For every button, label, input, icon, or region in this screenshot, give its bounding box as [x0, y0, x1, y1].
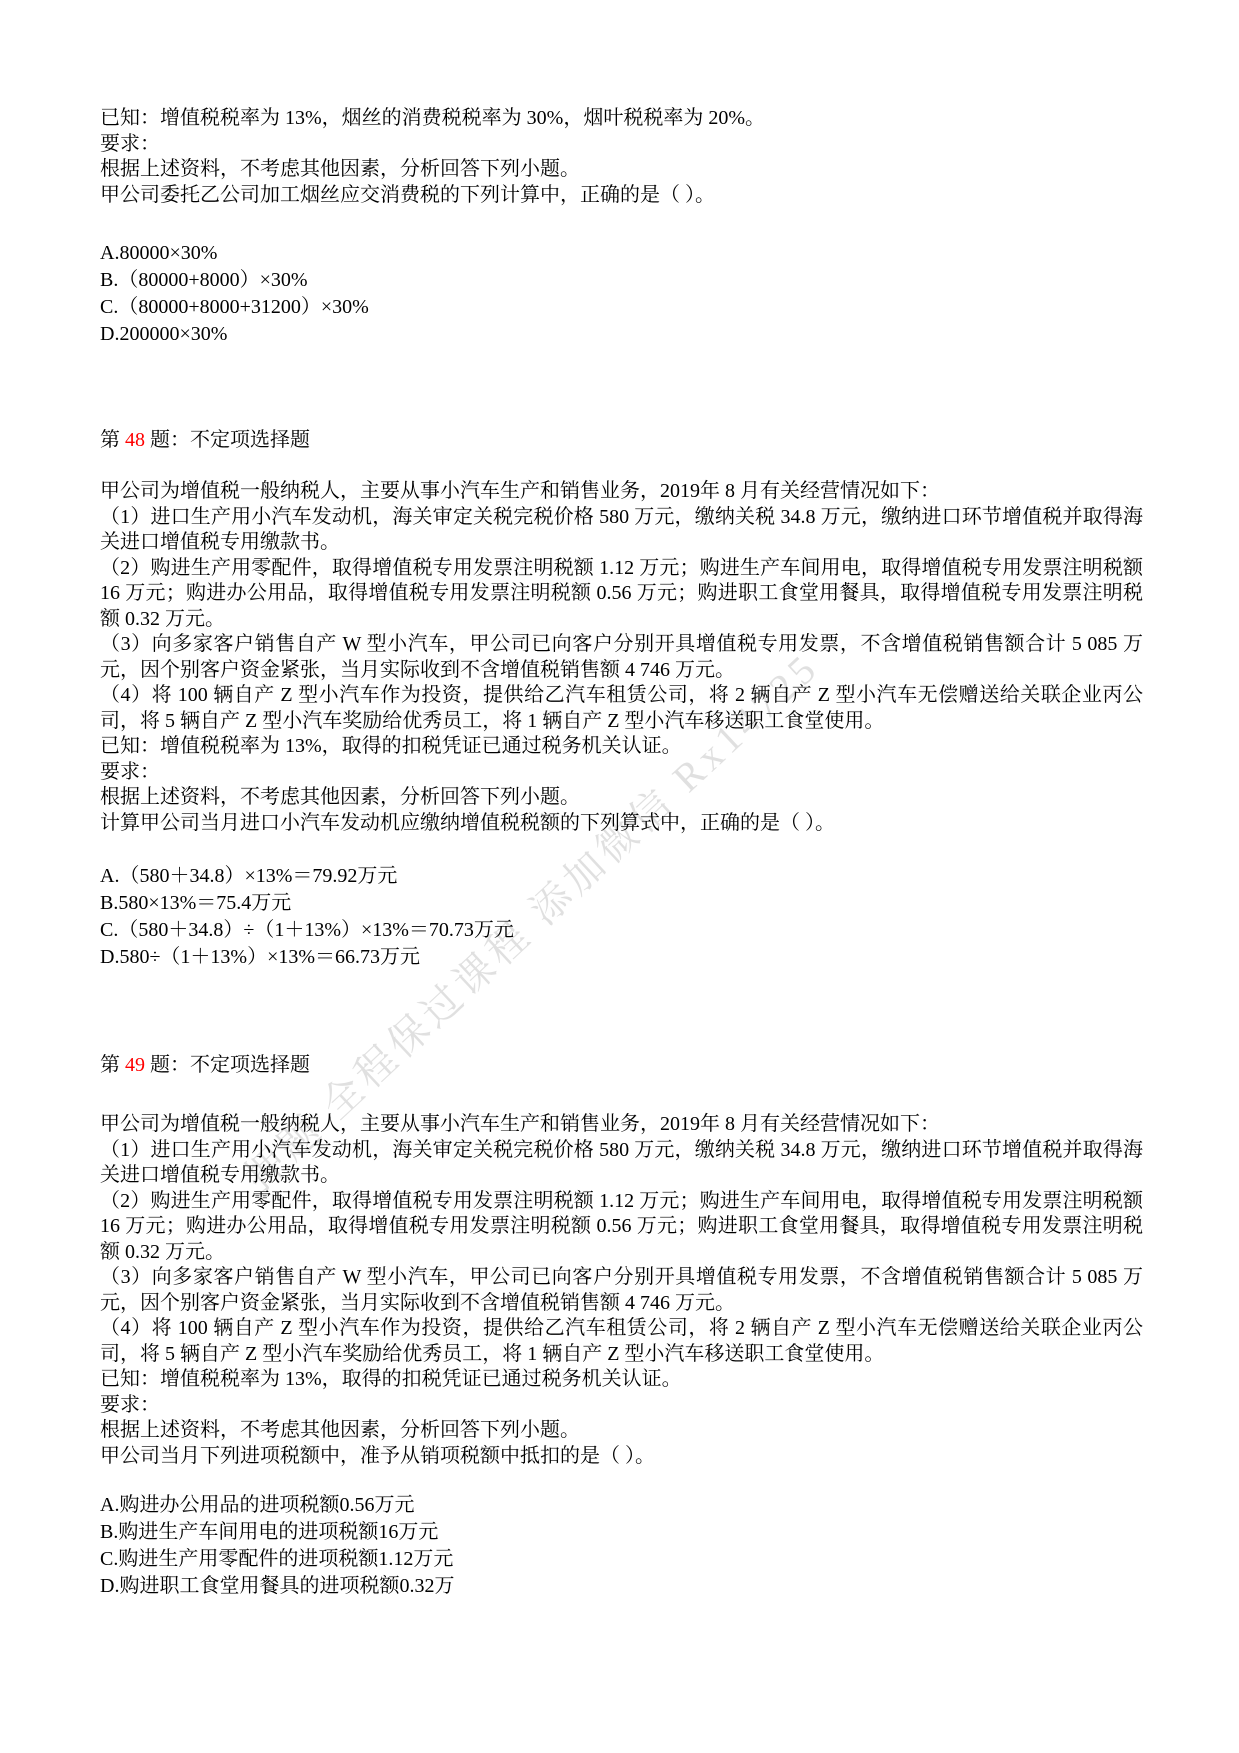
q49-paragraph-question: 甲公司当月下列进项税额中，准予从销项税额中抵扣的是（ ）。: [100, 1444, 1143, 1470]
q49-option-c: C.购进生产用零配件的进项税额1.12万元: [100, 1546, 1143, 1573]
q49-paragraph-item3: （3）向多家客户销售自产 W 型小汽车，甲公司已向客户分别开具增值税专用发票，不…: [100, 1265, 1143, 1316]
intro-option-c: C.（80000+8000+31200）×30%: [100, 294, 1143, 321]
question-49-body: 甲公司为增值税一般纳税人，主要从事小汽车生产和销售业务，2019年 8 月有关经…: [100, 1112, 1143, 1469]
q49-paragraph-item2: （2）购进生产用零配件，取得增值税专用发票注明税额 1.12 万元；购进生产车间…: [100, 1189, 1143, 1266]
intro-option-d: D.200000×30%: [100, 321, 1143, 348]
intro-line-requirement: 要求：: [100, 132, 1143, 158]
exam-document-page: 押题 全程保过课程 添加微信 Rx14725 已知：增值税税率为 13%，烟丝的…: [0, 0, 1239, 1753]
q48-option-c: C.（580＋34.8）÷（1＋13%）×13%＝70.73万元: [100, 917, 1143, 944]
q48-paragraph-question: 计算甲公司当月进口小汽车发动机应缴纳增值税税额的下列算式中，正确的是（ ）。: [100, 811, 1143, 837]
question-49-type-label: 题：不定项选择题: [145, 1054, 310, 1076]
question-48-prefix: 第: [100, 429, 125, 451]
q48-paragraph-instruction: 根据上述资料，不考虑其他因素，分析回答下列小题。: [100, 785, 1143, 811]
q48-paragraph-known: 已知：增值税税率为 13%，取得的扣税凭证已通过税务机关认证。: [100, 734, 1143, 760]
q49-option-a: A.购进办公用品的进项税额0.56万元: [100, 1492, 1143, 1519]
intro-option-b: B.（80000+8000）×30%: [100, 267, 1143, 294]
question-49-prefix: 第: [100, 1054, 125, 1076]
q48-paragraph-item2: （2）购进生产用零配件，取得增值税专用发票注明税额 1.12 万元；购进生产车间…: [100, 556, 1143, 633]
question-49-number: 49: [125, 1054, 145, 1076]
q49-option-d: D.购进职工食堂用餐具的进项税额0.32万: [100, 1573, 1143, 1600]
intro-options-block: A.80000×30% B.（80000+8000）×30% C.（80000+…: [100, 240, 1143, 348]
question-48-title: 第 48 题：不定项选择题: [100, 428, 1143, 454]
q49-paragraph-item4: （4）将 100 辆自产 Z 型小汽车作为投资，提供给乙汽车租赁公司，将 2 辆…: [100, 1316, 1143, 1367]
intro-option-a: A.80000×30%: [100, 240, 1143, 267]
q48-option-b: B.580×13%＝75.4万元: [100, 890, 1143, 917]
question-49-options: A.购进办公用品的进项税额0.56万元 B.购进生产车间用电的进项税额16万元 …: [100, 1492, 1143, 1600]
q49-paragraph-instruction: 根据上述资料，不考虑其他因素，分析回答下列小题。: [100, 1418, 1143, 1444]
q49-paragraph-requirement: 要求：: [100, 1393, 1143, 1419]
q49-option-b: B.购进生产车间用电的进项税额16万元: [100, 1519, 1143, 1546]
question-48-number: 48: [125, 429, 145, 451]
q48-paragraph-intro: 甲公司为增值税一般纳税人，主要从事小汽车生产和销售业务，2019年 8 月有关经…: [100, 479, 1143, 505]
intro-question-block: 已知：增值税税率为 13%，烟丝的消费税税率为 30%，烟叶税税率为 20%。 …: [100, 106, 1143, 208]
q49-paragraph-known: 已知：增值税税率为 13%，取得的扣税凭证已通过税务机关认证。: [100, 1367, 1143, 1393]
q48-paragraph-requirement: 要求：: [100, 760, 1143, 786]
question-49-title: 第 49 题：不定项选择题: [100, 1053, 1143, 1079]
intro-line-question: 甲公司委托乙公司加工烟丝应交消费税的下列计算中，正确的是（ ）。: [100, 183, 1143, 209]
q49-paragraph-item1: （1）进口生产用小汽车发动机，海关审定关税完税价格 580 万元，缴纳关税 34…: [100, 1138, 1143, 1189]
q48-paragraph-item4: （4）将 100 辆自产 Z 型小汽车作为投资，提供给乙汽车租赁公司，将 2 辆…: [100, 683, 1143, 734]
q48-option-d: D.580÷（1＋13%）×13%＝66.73万元: [100, 944, 1143, 971]
q48-paragraph-item3: （3）向多家客户销售自产 W 型小汽车，甲公司已向客户分别开具增值税专用发票，不…: [100, 632, 1143, 683]
question-49-header: 第 49 题：不定项选择题: [100, 1053, 1143, 1079]
question-48-header: 第 48 题：不定项选择题: [100, 428, 1143, 454]
q49-paragraph-intro: 甲公司为增值税一般纳税人，主要从事小汽车生产和销售业务，2019年 8 月有关经…: [100, 1112, 1143, 1138]
q48-option-a: A.（580＋34.8）×13%＝79.92万元: [100, 863, 1143, 890]
q48-paragraph-item1: （1）进口生产用小汽车发动机，海关审定关税完税价格 580 万元，缴纳关税 34…: [100, 505, 1143, 556]
question-48-body: 甲公司为增值税一般纳税人，主要从事小汽车生产和销售业务，2019年 8 月有关经…: [100, 479, 1143, 836]
question-48-options: A.（580＋34.8）×13%＝79.92万元 B.580×13%＝75.4万…: [100, 863, 1143, 971]
intro-line-instruction: 根据上述资料，不考虑其他因素，分析回答下列小题。: [100, 157, 1143, 183]
intro-line-known: 已知：增值税税率为 13%，烟丝的消费税税率为 30%，烟叶税税率为 20%。: [100, 106, 1143, 132]
question-48-type-label: 题：不定项选择题: [145, 429, 310, 451]
